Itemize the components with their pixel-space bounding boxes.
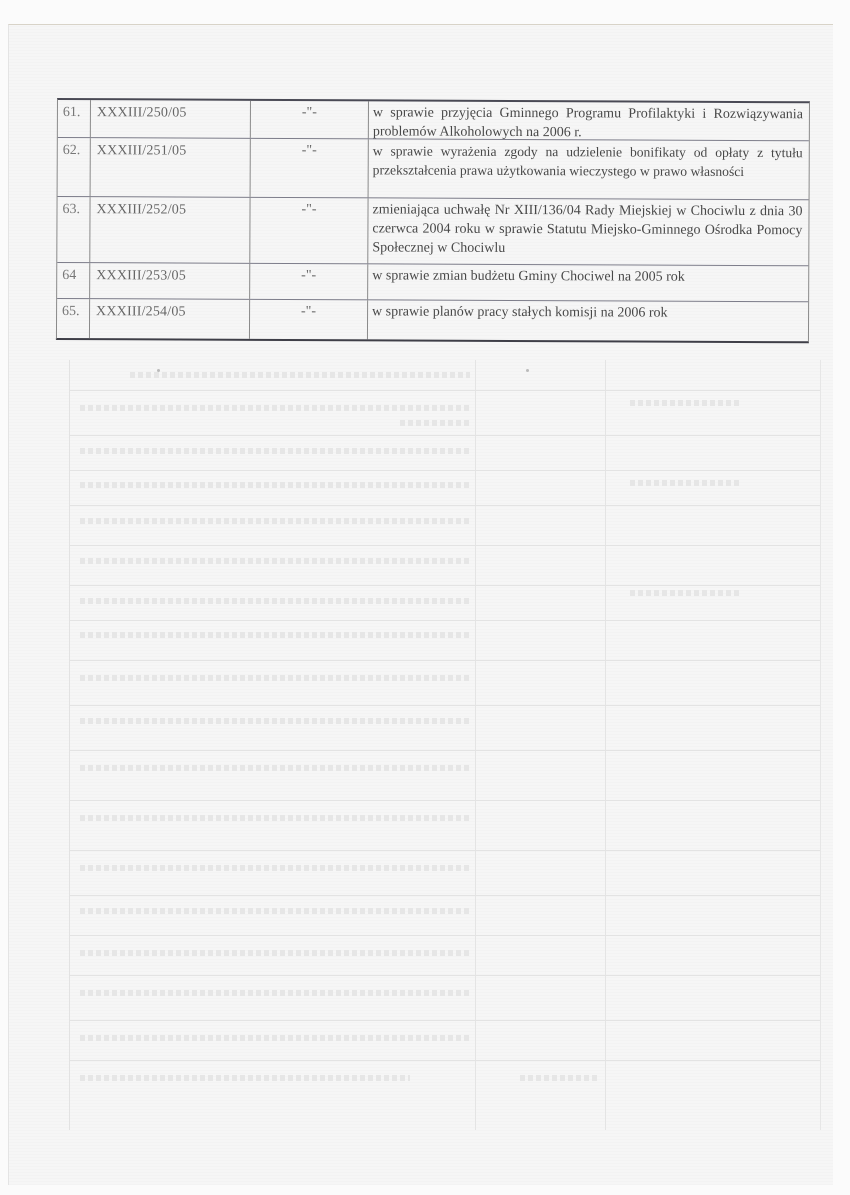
resolution-subject: w sprawie zmian budżetu Gminy Chociwel n… bbox=[368, 264, 808, 301]
row-number: 63. bbox=[57, 197, 90, 262]
date-ditto: -"- bbox=[250, 264, 368, 300]
resolution-number: XXXIII/252/05 bbox=[90, 197, 250, 263]
date-ditto: -"- bbox=[251, 101, 369, 139]
table-row: 61. XXXIII/250/05 -"- w sprawie przyjęci… bbox=[58, 100, 809, 140]
date-ditto: -"- bbox=[250, 198, 368, 264]
bleed-through-table bbox=[69, 360, 821, 1130]
resolution-number: XXXIII/251/05 bbox=[91, 138, 251, 197]
date-ditto: -"- bbox=[251, 139, 369, 198]
table-row: 64 XXXIII/253/05 -"- w sprawie zmian bud… bbox=[57, 262, 808, 301]
scan-speck bbox=[157, 369, 160, 372]
row-number: 65. bbox=[57, 299, 90, 338]
resolution-subject: zmieniająca uchwałę Nr XIII/136/04 Rady … bbox=[368, 198, 808, 265]
table-row: 63. XXXIII/252/05 -"- zmieniająca uchwał… bbox=[57, 196, 808, 265]
resolutions-table: 61. XXXIII/250/05 -"- w sprawie przyjęci… bbox=[56, 98, 810, 343]
row-number: 62. bbox=[58, 138, 91, 196]
resolution-subject: w sprawie wyrażenia zgody na udzielenie … bbox=[369, 139, 809, 199]
resolution-subject: w sprawie przyjęcia Gminnego Programu Pr… bbox=[369, 101, 809, 140]
table-row: 65. XXXIII/254/05 -"- w sprawie planów p… bbox=[57, 298, 808, 341]
resolution-subject: w sprawie planów pracy stałych komisji n… bbox=[368, 300, 808, 341]
resolution-number: XXXIII/253/05 bbox=[90, 263, 250, 299]
scan-speck bbox=[526, 369, 529, 372]
table-row: 62. XXXIII/251/05 -"- w sprawie wyrażeni… bbox=[58, 137, 809, 199]
row-number: 61. bbox=[58, 100, 91, 137]
date-ditto: -"- bbox=[250, 300, 368, 340]
resolution-number: XXXIII/254/05 bbox=[90, 299, 250, 339]
row-number: 64 bbox=[57, 263, 90, 298]
resolution-number: XXXIII/250/05 bbox=[91, 100, 251, 138]
